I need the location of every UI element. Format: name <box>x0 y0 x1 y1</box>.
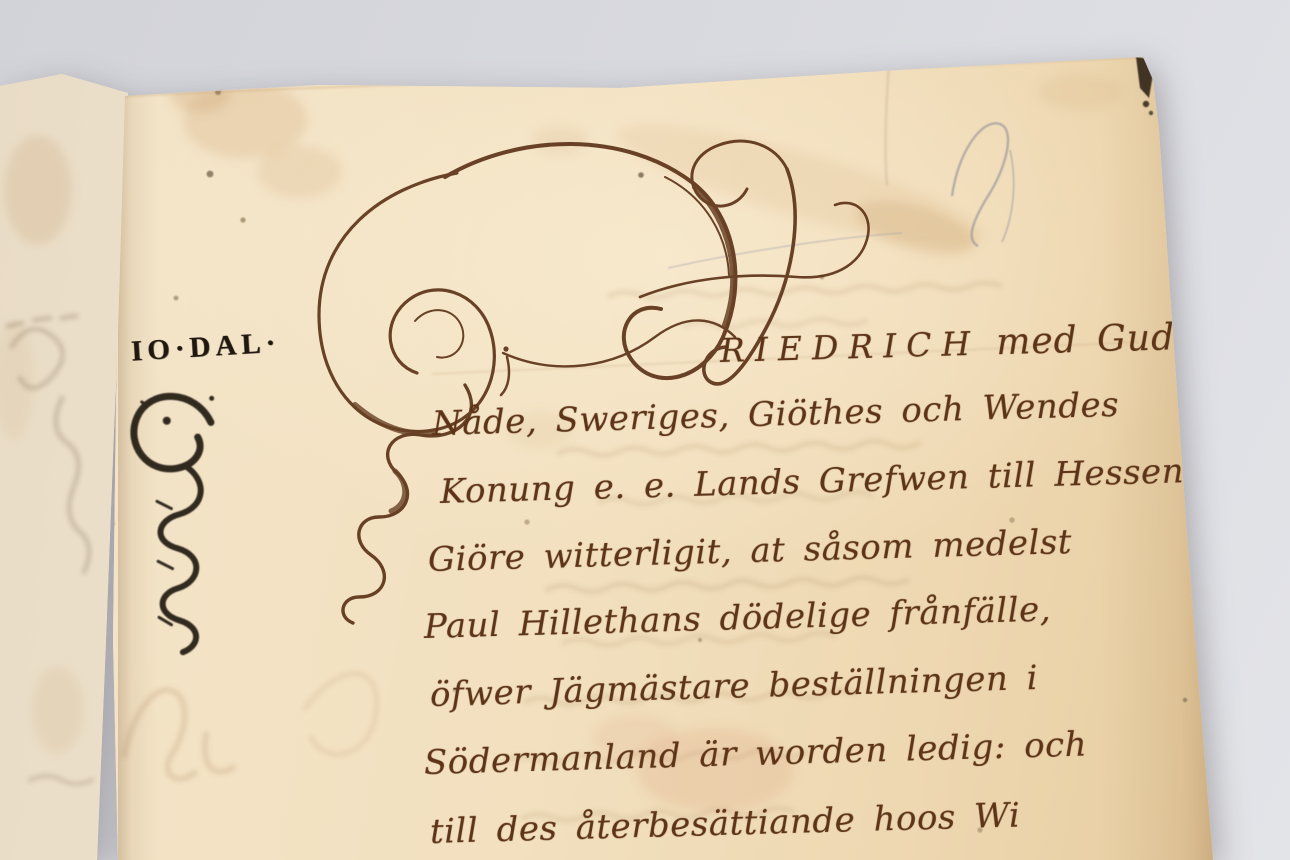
manuscript-line-6: öfwer Jägmästare beställningen i <box>429 658 1038 715</box>
duty-stamp-text: IO·DAL· <box>130 326 281 368</box>
left-page-ghost-stamp <box>8 316 92 784</box>
manuscript-line-1: RIEDRICHmed Guds <box>719 317 1195 371</box>
manuscript-line-2: Nåde, Sweriges, Giöthes och Wendes <box>431 385 1119 444</box>
document-stack: IO·DAL· <box>0 0 1290 860</box>
manuscript-line-5: Paul Hillethans dödelige frånfälle, <box>423 589 1051 646</box>
manuscript-line-4: Giöre witterligit, at såsom medelst <box>427 522 1072 580</box>
manuscript-line-3: Konung e. e. Lands Grefwen till Hessen e… <box>439 448 1285 512</box>
left-page-stains <box>0 135 84 754</box>
pencil-mark-icon <box>668 123 1014 268</box>
manuscript-line-8: till des återbesättiande hoos Wi <box>429 796 1020 852</box>
vertical-stamp-icon <box>121 377 246 662</box>
main-page: IO·DAL· <box>0 0 1290 860</box>
photograph: IO·DAL· <box>0 0 1290 860</box>
manuscript-line-7: Södermanland är worden ledig: och <box>423 724 1087 783</box>
manuscript-line-1-caps: RIEDRICH <box>719 324 980 370</box>
fold-shadow <box>118 85 158 860</box>
corner-ink-mark <box>1136 57 1156 115</box>
manuscript-line-1-rest: med Guds <box>996 317 1195 364</box>
